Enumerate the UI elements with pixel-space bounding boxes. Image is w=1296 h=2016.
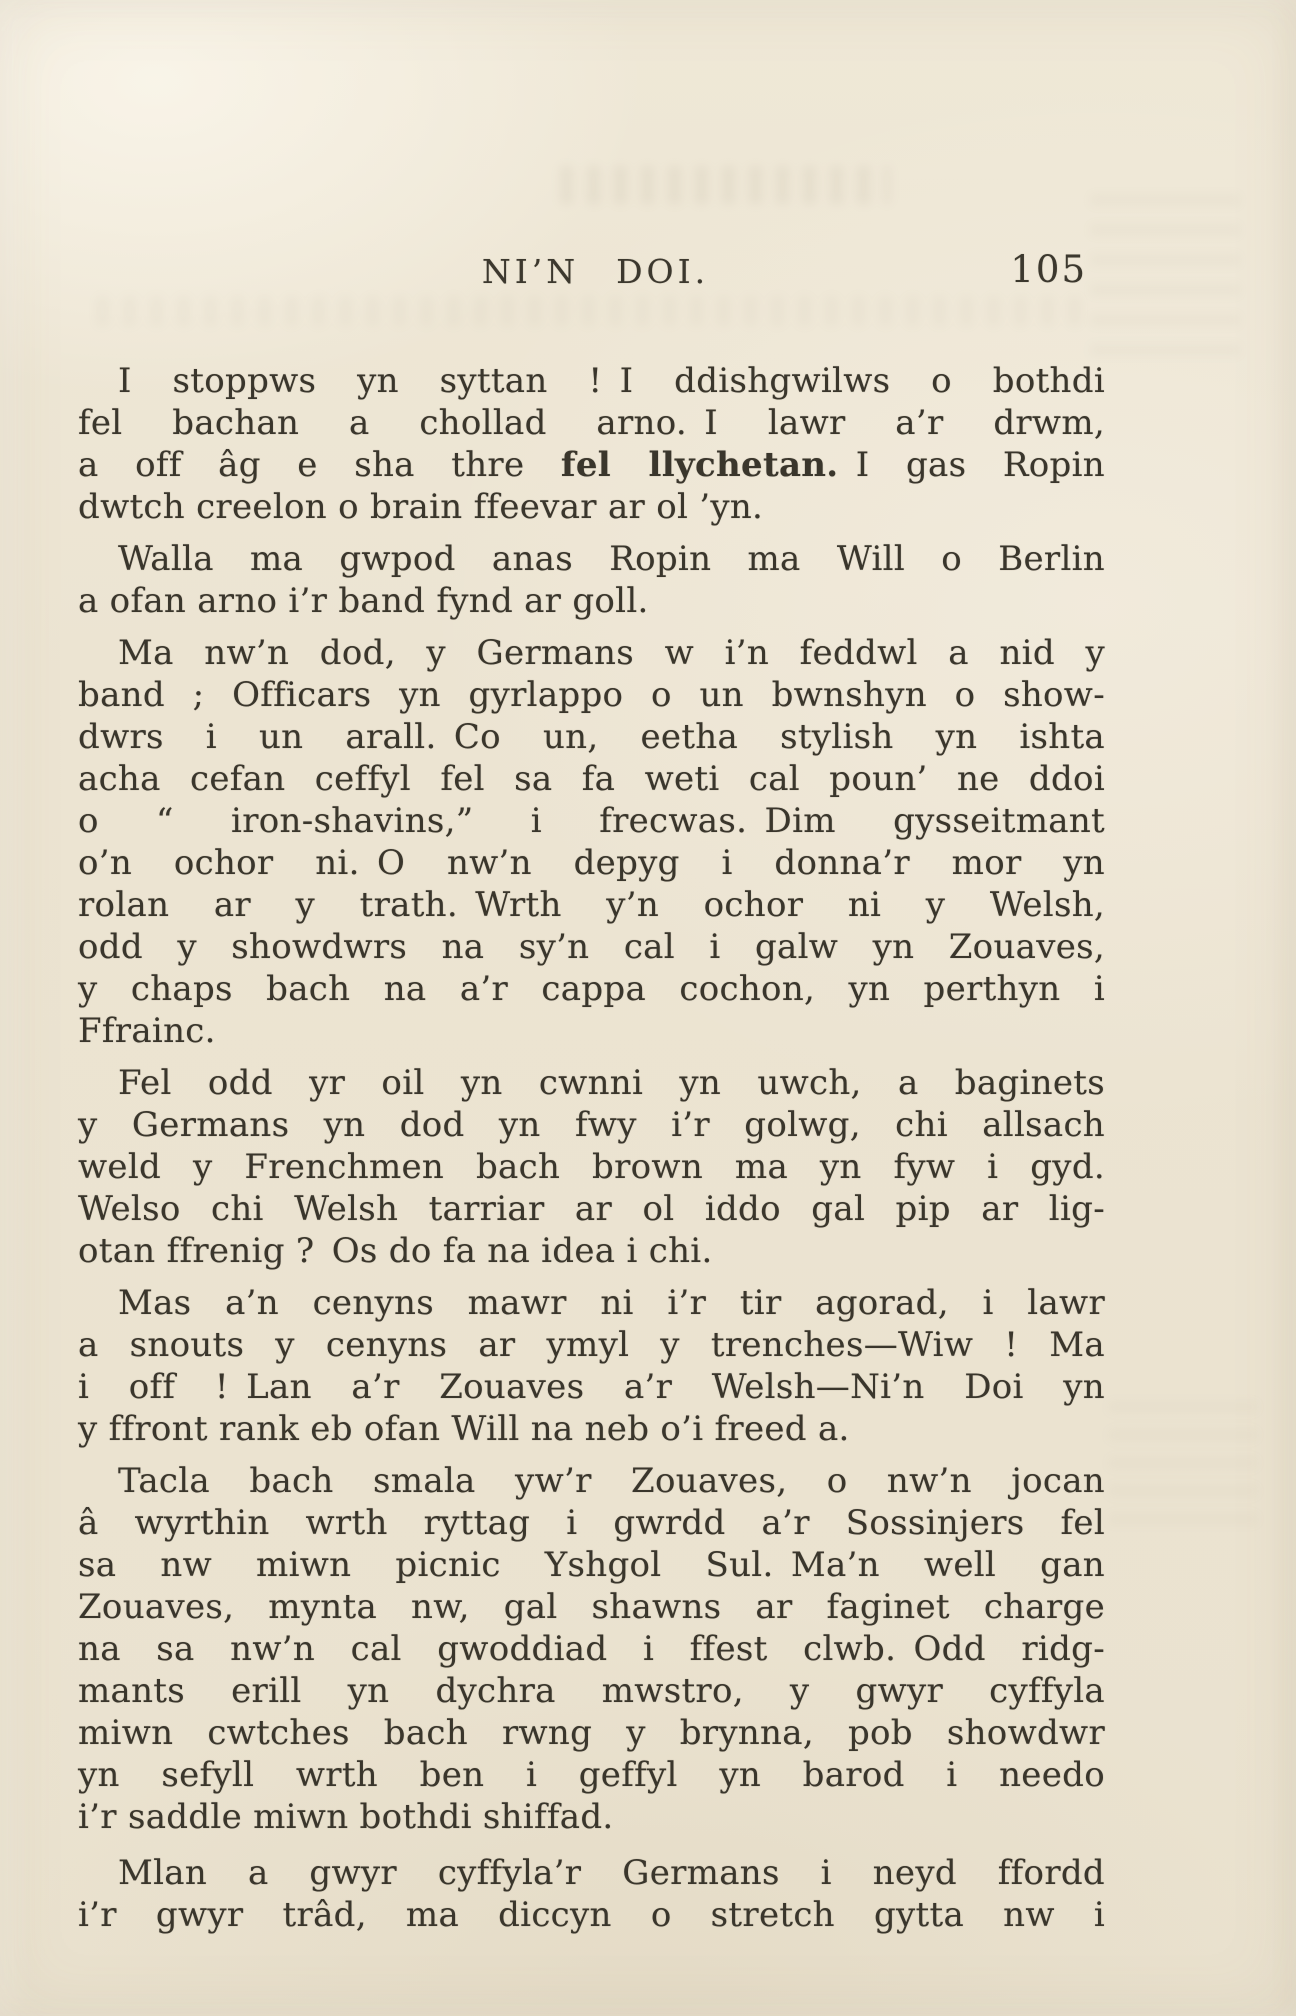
- text-segment: otan ffrenig ? Os do fa na idea i chi.: [78, 1231, 713, 1271]
- paragraph: Mas a’n cenyns mawr ni i’r tir agorad, i…: [78, 1282, 1105, 1450]
- text-segment: a off âg e sha thre: [78, 445, 561, 485]
- text-segment: dwtch creelon o brain ffeevar ar ol ’yn.: [78, 487, 763, 527]
- text-line: a snouts y cenyns ar ymyl y trenches—Wiw…: [78, 1324, 1105, 1366]
- text-segment: y Germans yn dod yn fwy i’r golwg, chi a…: [78, 1105, 1105, 1145]
- text-line: o “ iron-shavins,” i frecwas. Dim gyssei…: [78, 800, 1105, 842]
- text-segment: mants erill yn dychra mwstro, y gwyr cyf…: [78, 1671, 1105, 1711]
- text-segment: Zouaves, mynta nw, gal shawns ar faginet…: [78, 1587, 1105, 1627]
- text-segment: Fel odd yr oil yn cwnni yn uwch, a bagin…: [118, 1063, 1105, 1103]
- text-segment: dwrs i un arall. Co un, eetha stylish yn…: [78, 717, 1105, 757]
- text-line: Mas a’n cenyns mawr ni i’r tir agorad, i…: [78, 1282, 1105, 1324]
- text-line: band ; Officars yn gyrlappo o un bwnshyn…: [78, 674, 1105, 716]
- page-content: NI’N DOI. 105 I stoppws yn syttan ! I dd…: [78, 252, 1105, 1946]
- text-line: Walla ma gwpod anas Ropin ma Will o Berl…: [78, 538, 1105, 580]
- text-line: sa nw miwn picnic Yshgol Sul. Ma’n well …: [78, 1544, 1105, 1586]
- text-line: i’r saddle miwn bothdi shiffad.: [78, 1796, 1105, 1838]
- text-line: Ma nw’n dod, y Germans w i’n feddwl a ni…: [78, 632, 1105, 674]
- text-line: Zouaves, mynta nw, gal shawns ar faginet…: [78, 1586, 1105, 1628]
- text-segment: o’n ochor ni. O nw’n depyg i donna’r mor…: [78, 843, 1105, 883]
- text-line: i’r gwyr trâd, ma diccyn o stretch gytta…: [78, 1894, 1105, 1936]
- text-line: a ofan arno i’r band fynd ar goll.: [78, 580, 1105, 622]
- text-line: â wyrthin wrth ryttag i gwrdd a’r Sossin…: [78, 1502, 1105, 1544]
- book-page: NI’N DOI. 105 I stoppws yn syttan ! I dd…: [0, 0, 1296, 2016]
- text-line: rolan ar y trath. Wrth y’n ochor ni y We…: [78, 884, 1105, 926]
- text-segment: sa nw miwn picnic Yshgol Sul. Ma’n well …: [78, 1545, 1105, 1585]
- paragraph: Tacla bach smala yw’r Zouaves, o nw’n jo…: [78, 1460, 1105, 1838]
- text-segment: miwn cwtches bach rwng y brynna, pob sho…: [78, 1713, 1105, 1753]
- text-segment: na sa nw’n cal gwoddiad i ffest clwb. Od…: [78, 1629, 1105, 1669]
- text-segment: weld y Frenchmen bach brown ma yn fyw i …: [78, 1147, 1105, 1187]
- text-segment: I stoppws yn syttan ! I ddishgwilws o bo…: [118, 361, 1105, 401]
- text-line: o’n ochor ni. O nw’n depyg i donna’r mor…: [78, 842, 1105, 884]
- text-segment: o “ iron-shavins,” i frecwas. Dim gyssei…: [78, 801, 1105, 841]
- text-segment: acha cefan ceffyl fel sa fa weti cal pou…: [78, 759, 1105, 799]
- page-number: 105: [1010, 248, 1087, 291]
- text-line: miwn cwtches bach rwng y brynna, pob sho…: [78, 1712, 1105, 1754]
- text-line: na sa nw’n cal gwoddiad i ffest clwb. Od…: [78, 1628, 1105, 1670]
- text-line: yn sefyll wrth ben i geffyl yn barod i n…: [78, 1754, 1105, 1796]
- paragraph: I stoppws yn syttan ! I ddishgwilws o bo…: [78, 360, 1105, 528]
- show-through-smudge: [1090, 186, 1240, 356]
- text-line: y chaps bach na a’r cappa cochon, yn per…: [78, 968, 1105, 1010]
- text-segment: fel bachan a chollad arno. I lawr a’r dr…: [78, 403, 1105, 443]
- show-through-smudge: [560, 166, 890, 204]
- page-text: I stoppws yn syttan ! I ddishgwilws o bo…: [78, 360, 1105, 1936]
- text-line: y Germans yn dod yn fwy i’r golwg, chi a…: [78, 1104, 1105, 1146]
- text-segment: Tacla bach smala yw’r Zouaves, o nw’n jo…: [118, 1461, 1105, 1501]
- running-title: NI’N DOI.: [82, 252, 1109, 291]
- text-line: Ffrainc.: [78, 1010, 1105, 1052]
- paragraph: Walla ma gwpod anas Ropin ma Will o Berl…: [78, 538, 1105, 622]
- text-segment: a ofan arno i’r band fynd ar goll.: [78, 581, 649, 621]
- text-segment: i’r gwyr trâd, ma diccyn o stretch gytta…: [78, 1895, 1105, 1935]
- text-segment: I gas Ropin: [838, 445, 1105, 485]
- text-line: mants erill yn dychra mwstro, y gwyr cyf…: [78, 1670, 1105, 1712]
- text-segment: Ffrainc.: [78, 1011, 216, 1051]
- text-segment: Mlan a gwyr cyffyla’r Germans i neyd ffo…: [118, 1853, 1105, 1893]
- text-segment: i off ! Lan a’r Zouaves a’r Welsh—Ni’n D…: [78, 1367, 1105, 1407]
- text-line: Fel odd yr oil yn cwnni yn uwch, a bagin…: [78, 1062, 1105, 1104]
- text-line: otan ffrenig ? Os do fa na idea i chi.: [78, 1230, 1105, 1272]
- show-through-smudge: [1108, 1395, 1258, 1525]
- text-line: a off âg e sha thre fel llychetan. I gas…: [78, 444, 1105, 486]
- text-segment: a snouts y cenyns ar ymyl y trenches—Wiw…: [78, 1325, 1105, 1365]
- text-segment: rolan ar y trath. Wrth y’n ochor ni y We…: [78, 885, 1105, 925]
- text-line: I stoppws yn syttan ! I ddishgwilws o bo…: [78, 360, 1105, 402]
- text-segment: yn sefyll wrth ben i geffyl yn barod i n…: [78, 1755, 1105, 1795]
- text-line: i off ! Lan a’r Zouaves a’r Welsh—Ni’n D…: [78, 1366, 1105, 1408]
- bold-text: fel llychetan.: [561, 445, 839, 485]
- text-segment: â wyrthin wrth ryttag i gwrdd a’r Sossin…: [78, 1503, 1105, 1543]
- paragraph: Fel odd yr oil yn cwnni yn uwch, a bagin…: [78, 1062, 1105, 1272]
- text-segment: Welso chi Welsh tarriar ar ol iddo gal p…: [78, 1189, 1105, 1229]
- text-segment: i’r saddle miwn bothdi shiffad.: [78, 1797, 614, 1837]
- text-segment: Mas a’n cenyns mawr ni i’r tir agorad, i…: [118, 1283, 1105, 1323]
- text-line: Welso chi Welsh tarriar ar ol iddo gal p…: [78, 1188, 1105, 1230]
- text-segment: y chaps bach na a’r cappa cochon, yn per…: [78, 969, 1105, 1009]
- text-line: Mlan a gwyr cyffyla’r Germans i neyd ffo…: [78, 1852, 1105, 1894]
- paragraph: Mlan a gwyr cyffyla’r Germans i neyd ffo…: [78, 1852, 1105, 1936]
- page-header: NI’N DOI. 105: [78, 252, 1105, 298]
- text-line: Tacla bach smala yw’r Zouaves, o nw’n jo…: [78, 1460, 1105, 1502]
- text-line: dwrs i un arall. Co un, eetha stylish yn…: [78, 716, 1105, 758]
- text-line: acha cefan ceffyl fel sa fa weti cal pou…: [78, 758, 1105, 800]
- text-segment: y ffront rank eb ofan Will na neb o’i fr…: [78, 1409, 850, 1449]
- text-segment: Walla ma gwpod anas Ropin ma Will o Berl…: [118, 539, 1105, 579]
- paragraph: Ma nw’n dod, y Germans w i’n feddwl a ni…: [78, 632, 1105, 1052]
- text-line: dwtch creelon o brain ffeevar ar ol ’yn.: [78, 486, 1105, 528]
- text-line: weld y Frenchmen bach brown ma yn fyw i …: [78, 1146, 1105, 1188]
- text-segment: Ma nw’n dod, y Germans w i’n feddwl a ni…: [118, 633, 1105, 673]
- text-segment: odd y showdwrs na sy’n cal i galw yn Zou…: [78, 927, 1105, 967]
- text-line: y ffront rank eb ofan Will na neb o’i fr…: [78, 1408, 1105, 1450]
- text-line: fel bachan a chollad arno. I lawr a’r dr…: [78, 402, 1105, 444]
- text-segment: band ; Officars yn gyrlappo o un bwnshyn…: [78, 675, 1105, 715]
- text-line: odd y showdwrs na sy’n cal i galw yn Zou…: [78, 926, 1105, 968]
